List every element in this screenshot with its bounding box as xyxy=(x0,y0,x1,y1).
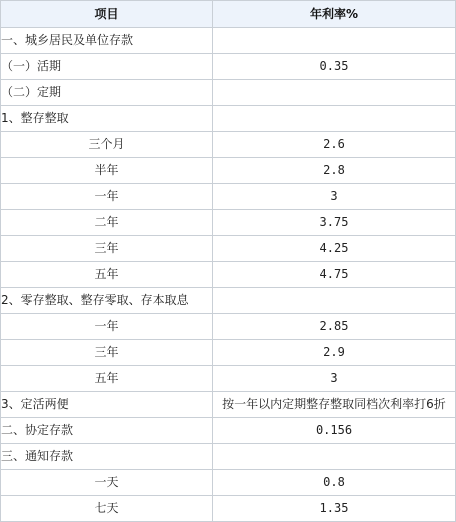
table-row: 七天 1.35 xyxy=(1,496,456,522)
row-rate xyxy=(213,80,456,106)
table-row: 五年 3 xyxy=(1,366,456,392)
table-row: 二年 3.75 xyxy=(1,210,456,236)
row-item: 五年 xyxy=(1,262,213,288)
row-item: 三年 xyxy=(1,340,213,366)
row-item: 3、定活两便 xyxy=(1,392,213,418)
table-row: 三年 2.9 xyxy=(1,340,456,366)
table-row: 一年 2.85 xyxy=(1,314,456,340)
row-rate: 1.35 xyxy=(213,496,456,522)
header-item: 项目 xyxy=(1,1,213,28)
row-rate: 2.8 xyxy=(213,158,456,184)
row-rate: 0.8 xyxy=(213,470,456,496)
table-row: 一年 3 xyxy=(1,184,456,210)
row-item: 五年 xyxy=(1,366,213,392)
row-item: 一、城乡居民及单位存款 xyxy=(1,28,213,54)
row-rate: 4.75 xyxy=(213,262,456,288)
row-item: 1、整存整取 xyxy=(1,106,213,132)
row-rate: 2.85 xyxy=(213,314,456,340)
row-item: 二年 xyxy=(1,210,213,236)
row-rate: 0.156 xyxy=(213,418,456,444)
row-item: 三个月 xyxy=(1,132,213,158)
row-rate: 4.25 xyxy=(213,236,456,262)
interest-rate-table: 项目 年利率% 一、城乡居民及单位存款 （一）活期 0.35 （二）定期 1、整… xyxy=(0,0,456,522)
row-item: 一天 xyxy=(1,470,213,496)
row-rate: 3.75 xyxy=(213,210,456,236)
table-row: 三、通知存款 xyxy=(1,444,456,470)
row-rate xyxy=(213,106,456,132)
table-row: 五年 4.75 xyxy=(1,262,456,288)
table-row: 一天 0.8 xyxy=(1,470,456,496)
table-row: （二）定期 xyxy=(1,80,456,106)
row-item: （二）定期 xyxy=(1,80,213,106)
row-rate: 3 xyxy=(213,366,456,392)
table-row: 3、定活两便 按一年以内定期整存整取同档次利率打6折 xyxy=(1,392,456,418)
row-item: 三年 xyxy=(1,236,213,262)
table-row: 一、城乡居民及单位存款 xyxy=(1,28,456,54)
row-item: （一）活期 xyxy=(1,54,213,80)
table-row: 半年 2.8 xyxy=(1,158,456,184)
row-item: 半年 xyxy=(1,158,213,184)
row-item: 二、协定存款 xyxy=(1,418,213,444)
header-rate: 年利率% xyxy=(213,1,456,28)
row-rate: 2.6 xyxy=(213,132,456,158)
table-header-row: 项目 年利率% xyxy=(1,1,456,28)
table-row: 二、协定存款 0.156 xyxy=(1,418,456,444)
row-rate: 按一年以内定期整存整取同档次利率打6折 xyxy=(213,392,456,418)
row-rate xyxy=(213,444,456,470)
table-row: 三个月 2.6 xyxy=(1,132,456,158)
row-rate xyxy=(213,28,456,54)
row-rate xyxy=(213,288,456,314)
row-item: 七天 xyxy=(1,496,213,522)
row-item: 一年 xyxy=(1,184,213,210)
row-item: 一年 xyxy=(1,314,213,340)
row-item: 2、零存整取、整存零取、存本取息 xyxy=(1,288,213,314)
table-row: 1、整存整取 xyxy=(1,106,456,132)
table-row: 2、零存整取、整存零取、存本取息 xyxy=(1,288,456,314)
row-item: 三、通知存款 xyxy=(1,444,213,470)
row-rate: 2.9 xyxy=(213,340,456,366)
row-rate: 3 xyxy=(213,184,456,210)
table-row: （一）活期 0.35 xyxy=(1,54,456,80)
row-rate: 0.35 xyxy=(213,54,456,80)
table-row: 三年 4.25 xyxy=(1,236,456,262)
